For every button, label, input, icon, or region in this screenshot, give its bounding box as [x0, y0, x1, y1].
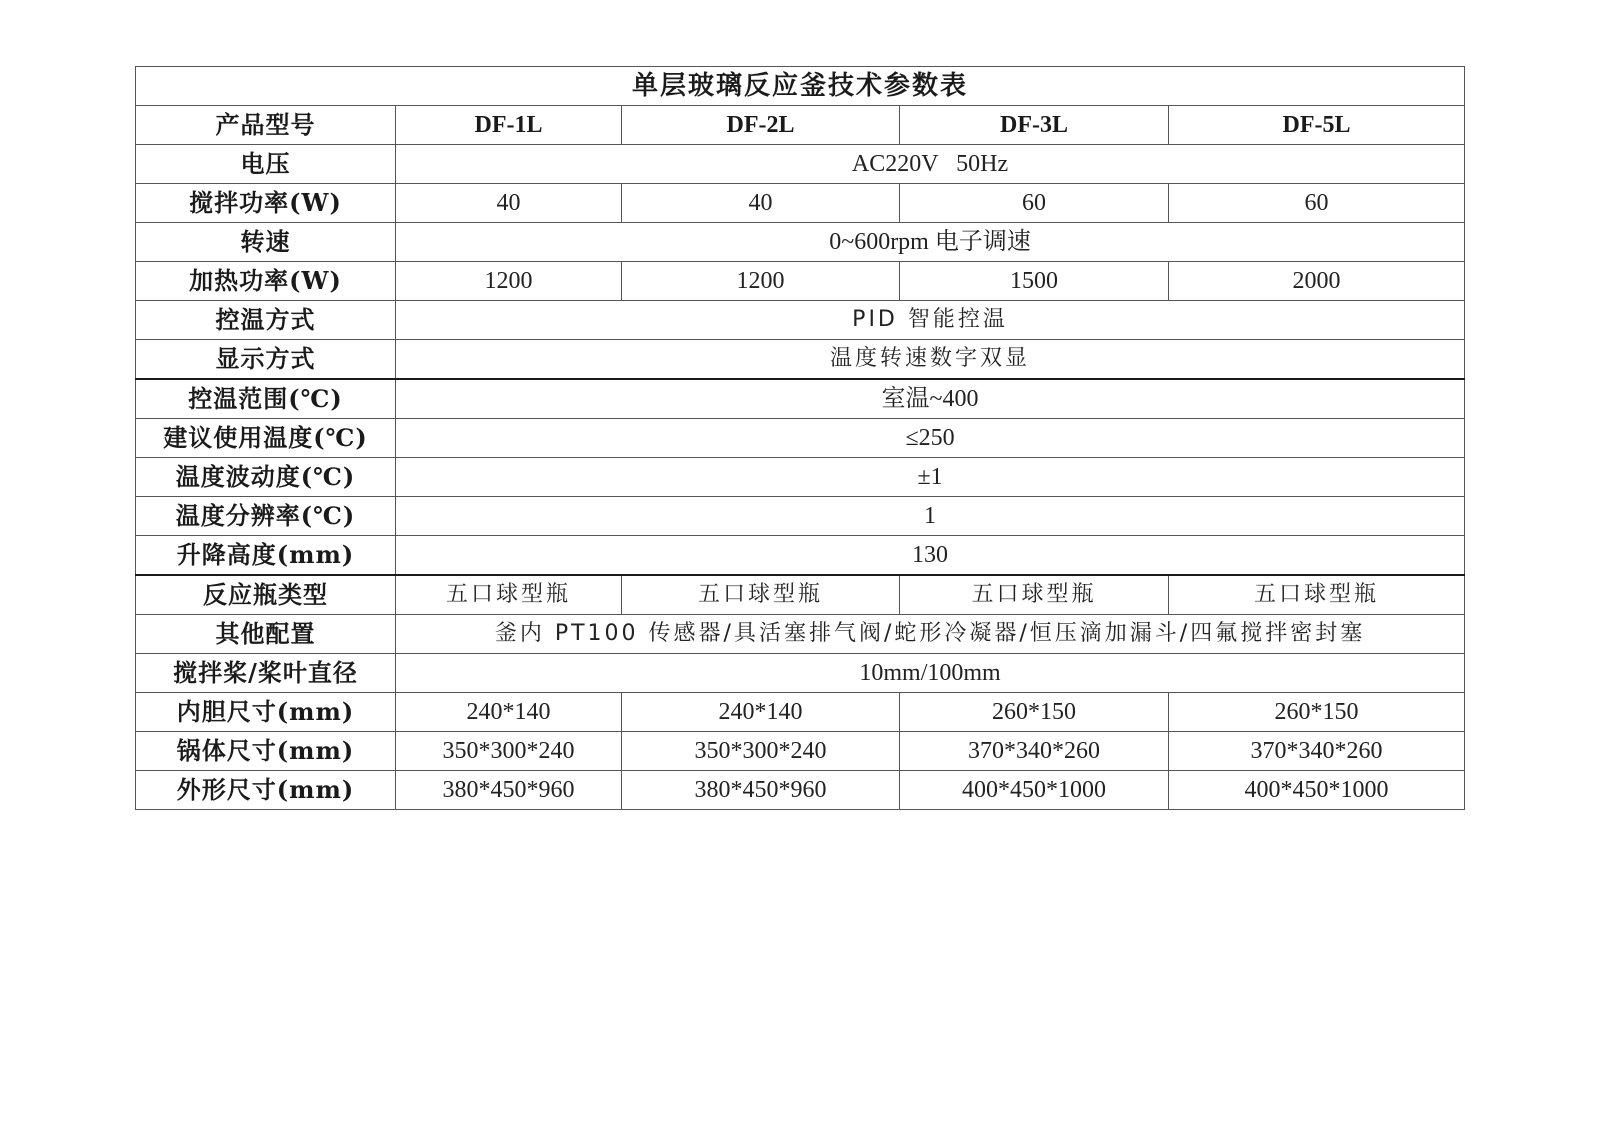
row-label: 控温范围(℃) [136, 379, 396, 419]
spec-table: 单层玻璃反应釜技术参数表 产品型号 DF-1L DF-2L DF-3L DF-5… [135, 66, 1465, 810]
table-row-temp-resolution: 温度分辨率(℃) 1 [136, 497, 1465, 536]
value-cell: 温度转速数字双显 [396, 340, 1465, 380]
row-label: 控温方式 [136, 301, 396, 340]
table-row-inner-size: 内胆尺寸(mm) 240*140 240*140 260*150 260*150 [136, 693, 1465, 732]
value-cell: 40 [396, 184, 622, 223]
row-label: 加热功率(W) [136, 262, 396, 301]
table-row-stirrer: 搅拌桨/桨叶直径 10mm/100mm [136, 654, 1465, 693]
value-cell: ≤250 [396, 419, 1465, 458]
row-label: 搅拌功率(W) [136, 184, 396, 223]
value-cell: 380*450*960 [622, 771, 900, 810]
model-cell: DF-5L [1169, 106, 1465, 145]
row-label: 反应瓶类型 [136, 575, 396, 615]
title-row: 单层玻璃反应釜技术参数表 [136, 67, 1465, 106]
table-row-voltage: 电压 AC220V 50Hz [136, 145, 1465, 184]
model-cell: DF-2L [622, 106, 900, 145]
table-row-heat-power: 加热功率(W) 1200 1200 1500 2000 [136, 262, 1465, 301]
value-cell: 室温~400 [396, 379, 1465, 419]
value-cell: 五口球型瓶 [900, 575, 1169, 615]
row-label: 显示方式 [136, 340, 396, 380]
value-cell: 五口球型瓶 [622, 575, 900, 615]
table-row-stir-power: 搅拌功率(W) 40 40 60 60 [136, 184, 1465, 223]
value-cell: 240*140 [396, 693, 622, 732]
row-label: 其他配置 [136, 615, 396, 654]
value-cell: 1 [396, 497, 1465, 536]
table-row-temp-control: 控温方式 PID 智能控温 [136, 301, 1465, 340]
row-label: 产品型号 [136, 106, 396, 145]
value-cell: 350*300*240 [396, 732, 622, 771]
value-cell: PID 智能控温 [396, 301, 1465, 340]
row-label: 锅体尺寸(mm) [136, 732, 396, 771]
row-label: 温度分辨率(℃) [136, 497, 396, 536]
value-cell: 240*140 [622, 693, 900, 732]
value-cell: 2000 [1169, 262, 1465, 301]
row-label: 温度波动度(℃) [136, 458, 396, 497]
value-cell: 10mm/100mm [396, 654, 1465, 693]
value-cell: 五口球型瓶 [396, 575, 622, 615]
value-cell: 1200 [396, 262, 622, 301]
table-row-temp-fluctuation: 温度波动度(℃) ±1 [136, 458, 1465, 497]
model-cell: DF-1L [396, 106, 622, 145]
table-row-body-size: 锅体尺寸(mm) 350*300*240 350*300*240 370*340… [136, 732, 1465, 771]
value-cell: 釜内 PT100 传感器/具活塞排气阀/蛇形冷凝器/恒压滴加漏斗/四氟搅拌密封塞 [396, 615, 1465, 654]
table-row-flask-type: 反应瓶类型 五口球型瓶 五口球型瓶 五口球型瓶 五口球型瓶 [136, 575, 1465, 615]
row-label: 搅拌桨/桨叶直径 [136, 654, 396, 693]
value-cell: AC220V 50Hz [396, 145, 1465, 184]
value-cell: 400*450*1000 [1169, 771, 1465, 810]
value-cell: 40 [622, 184, 900, 223]
table-row-lift-height: 升降高度(mm) 130 [136, 536, 1465, 576]
value-cell: 350*300*240 [622, 732, 900, 771]
value-cell: 260*150 [1169, 693, 1465, 732]
table-row-display: 显示方式 温度转速数字双显 [136, 340, 1465, 380]
row-label: 外形尺寸(mm) [136, 771, 396, 810]
table-row-speed: 转速 0~600rpm 电子调速 [136, 223, 1465, 262]
document-page: 单层玻璃反应釜技术参数表 产品型号 DF-1L DF-2L DF-3L DF-5… [0, 0, 1600, 1131]
value-cell: 60 [900, 184, 1169, 223]
value-cell: 1200 [622, 262, 900, 301]
row-label: 升降高度(mm) [136, 536, 396, 576]
table-title: 单层玻璃反应釜技术参数表 [136, 67, 1465, 106]
value-cell: 260*150 [900, 693, 1169, 732]
value-cell: 60 [1169, 184, 1465, 223]
value-cell: 380*450*960 [396, 771, 622, 810]
row-label: 内胆尺寸(mm) [136, 693, 396, 732]
model-cell: DF-3L [900, 106, 1169, 145]
value-cell: 400*450*1000 [900, 771, 1169, 810]
table-row-temp-range: 控温范围(℃) 室温~400 [136, 379, 1465, 419]
row-label: 电压 [136, 145, 396, 184]
value-cell: 1500 [900, 262, 1169, 301]
row-label: 转速 [136, 223, 396, 262]
value-cell: 370*340*260 [1169, 732, 1465, 771]
table-row-other-config: 其他配置 釜内 PT100 传感器/具活塞排气阀/蛇形冷凝器/恒压滴加漏斗/四氟… [136, 615, 1465, 654]
row-label: 建议使用温度(℃) [136, 419, 396, 458]
value-cell: 0~600rpm 电子调速 [396, 223, 1465, 262]
value-cell: ±1 [396, 458, 1465, 497]
value-cell: 370*340*260 [900, 732, 1169, 771]
table-row-recommended-temp: 建议使用温度(℃) ≤250 [136, 419, 1465, 458]
value-cell: 五口球型瓶 [1169, 575, 1465, 615]
table-row-outer-size: 外形尺寸(mm) 380*450*960 380*450*960 400*450… [136, 771, 1465, 810]
value-cell: 130 [396, 536, 1465, 576]
table-row-models: 产品型号 DF-1L DF-2L DF-3L DF-5L [136, 106, 1465, 145]
